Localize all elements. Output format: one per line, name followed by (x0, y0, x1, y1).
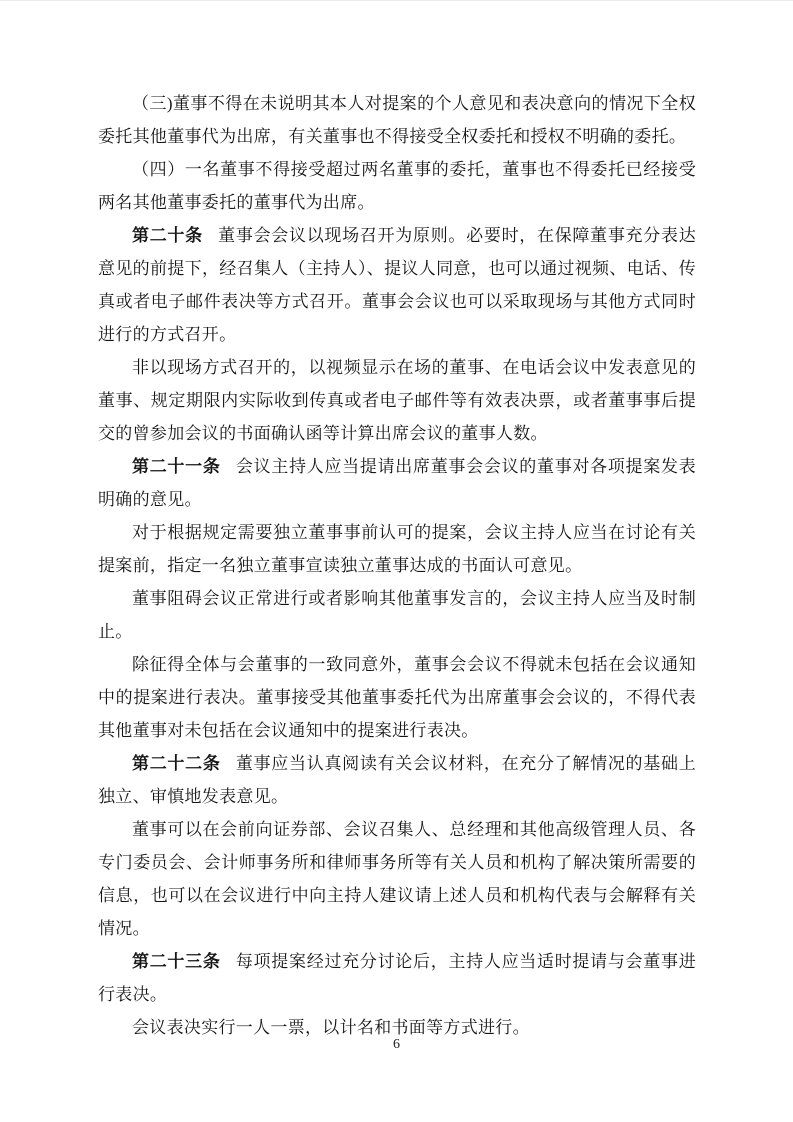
document-page: （三)董事不得在未说明其本人对提案的个人意见和表决意向的情况下全权委托其他董事代… (0, 0, 793, 1122)
paragraph-text: 非以现场方式召开的，以视频显示在场的董事、在电话会议中发表意见的董事、规定期限内… (98, 358, 696, 443)
paragraph-text: 会议表决实行一人一票，以计名和书面等方式进行。 (132, 1018, 530, 1037)
paragraph-article: 第二十一条会议主持人应当提请出席董事会会议的董事对各项提案发表明确的意见。 (98, 450, 696, 516)
paragraph: 董事阻碍会议正常进行或者影响其他董事发言的，会议主持人应当及时制止。 (98, 582, 696, 648)
paragraph-article: 第二十三条每项提案经过充分讨论后，主持人应当适时提请与会董事进行表决。 (98, 945, 696, 1011)
paragraph: 董事可以在会前向证券部、会议召集人、总经理和其他高级管理人员、各专门委员会、会计… (98, 813, 696, 945)
article-number: 第二十三条 (132, 952, 221, 971)
article-number: 第二十二条 (132, 754, 221, 773)
paragraph-text: 对于根据规定需要独立董事事前认可的提案，会议主持人应当在讨论有关提案前，指定一名… (98, 523, 696, 575)
paragraph-text: （三)董事不得在未说明其本人对提案的个人意见和表决意向的情况下全权委托其他董事代… (98, 94, 696, 146)
page-number: 6 (0, 1037, 793, 1053)
paragraph: 非以现场方式召开的，以视频显示在场的董事、在电话会议中发表意见的董事、规定期限内… (98, 351, 696, 450)
paragraph-text: （四）一名董事不得接受超过两名董事的委托，董事也不得委托已经接受两名其他董事委托… (98, 160, 696, 212)
paragraph-article: 第二十二条董事应当认真阅读有关会议材料，在充分了解情况的基础上独立、审慎地发表意… (98, 747, 696, 813)
paragraph: （三)董事不得在未说明其本人对提案的个人意见和表决意向的情况下全权委托其他董事代… (98, 87, 696, 153)
paragraph-article: 第二十条董事会会议以现场召开为原则。必要时，在保障董事充分表达意见的前提下，经召… (98, 219, 696, 351)
paragraph-text: 除征得全体与会董事的一致同意外，董事会会议不得就未包括在会议通知中的提案进行表决… (98, 655, 696, 740)
document-body: （三)董事不得在未说明其本人对提案的个人意见和表决意向的情况下全权委托其他董事代… (98, 87, 696, 1044)
article-number: 第二十条 (132, 226, 203, 245)
paragraph: 对于根据规定需要独立董事事前认可的提案，会议主持人应当在讨论有关提案前，指定一名… (98, 516, 696, 582)
paragraph: 除征得全体与会董事的一致同意外，董事会会议不得就未包括在会议通知中的提案进行表决… (98, 648, 696, 747)
paragraph-text: 董事可以在会前向证券部、会议召集人、总经理和其他高级管理人员、各专门委员会、会计… (98, 820, 696, 938)
article-number: 第二十一条 (132, 457, 221, 476)
paragraph-text: 董事阻碍会议正常进行或者影响其他董事发言的，会议主持人应当及时制止。 (98, 589, 696, 641)
paragraph: （四）一名董事不得接受超过两名董事的委托，董事也不得委托已经接受两名其他董事委托… (98, 153, 696, 219)
